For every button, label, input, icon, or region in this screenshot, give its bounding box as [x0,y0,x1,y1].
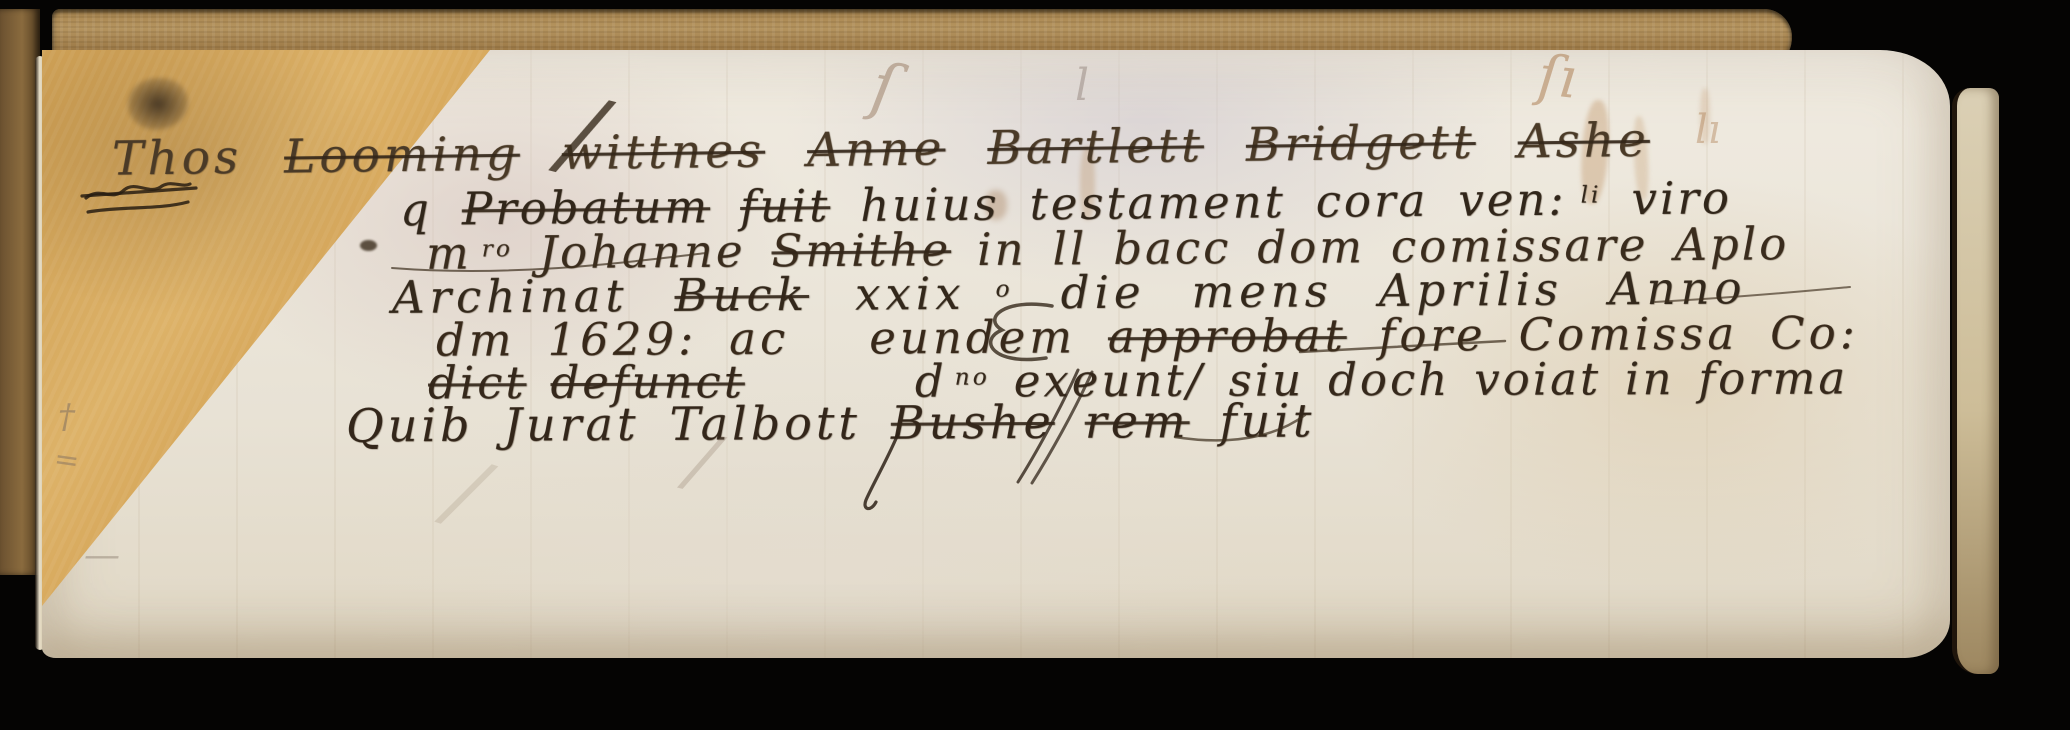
bleedthrough-mark: l [1075,64,1089,108]
manuscript-word: Aplo [1674,221,1789,267]
manuscript-word: cora [1316,178,1429,224]
manuscript-word: Looming [284,131,520,181]
manuscript-word: li [1580,184,1601,208]
manuscript-word: Thos [112,134,243,183]
ink-dot [360,240,377,251]
manuscript-word: viro [1631,175,1732,221]
manuscript-word: Co: [1770,310,1859,355]
marginal-cross-mark: † [58,400,75,434]
manuscript-word: fuit [1219,398,1315,445]
manuscript-word: forma [1698,356,1848,402]
manuscript-word: Anne [807,125,946,174]
manuscript-word: Comissa [1518,311,1738,357]
manuscript-word: doch [1328,357,1450,402]
book-cover-cloth-left [0,9,40,575]
manuscript-word: voiat [1474,356,1601,401]
manuscript-word: Buck [674,272,809,318]
marginal-mark: — [84,538,120,574]
manuscript-word: testament [1029,179,1285,226]
manuscript-word: Bridgett [1246,119,1476,169]
adjacent-page-edge [1952,88,1999,674]
manuscript-word: fore [1379,312,1487,358]
manuscript-word: dom [1257,224,1365,270]
manuscript-word: mens [1191,268,1333,314]
manuscript-word: ven: [1458,177,1567,223]
manuscript-word: approbat [1108,313,1347,359]
manuscript-word: in [977,227,1027,272]
manuscript-photo: ThosLoomingwittnesAnneBartlettBridgettAs… [0,0,2070,730]
manuscript-word: Ashe [1517,117,1650,166]
manuscript-word: o [995,278,1014,302]
manuscript-word: q [400,187,432,232]
manuscript-word: Bushe [891,399,1055,446]
manuscript-word: Anno [1609,265,1747,311]
bleedthrough-mark: ſı [1535,48,1579,108]
marginal-mark: = [52,444,81,477]
bleedthrough-mark: lı [1695,110,1721,150]
manuscript-word: die [1060,270,1145,316]
manuscript-word: Jurat [503,401,639,448]
manuscript-word: Quib [346,402,474,449]
manuscript-word: no [955,366,990,390]
manuscript-word: Bartlett [987,122,1204,172]
manuscript-word: rem [1085,398,1190,445]
manuscript-word: huius [860,182,1000,228]
manuscript-line-7: QuibJuratTalbottBusheremfuit [346,397,1346,448]
manuscript-word: in [1625,356,1675,401]
manuscript-word: Aprilis [1379,267,1563,313]
manuscript-word: ro [482,238,513,262]
manuscript-word: xxix [855,271,966,317]
manuscript-word: m [426,231,472,276]
manuscript-word: ll [1052,226,1087,271]
manuscript-word: fuit [740,183,831,229]
